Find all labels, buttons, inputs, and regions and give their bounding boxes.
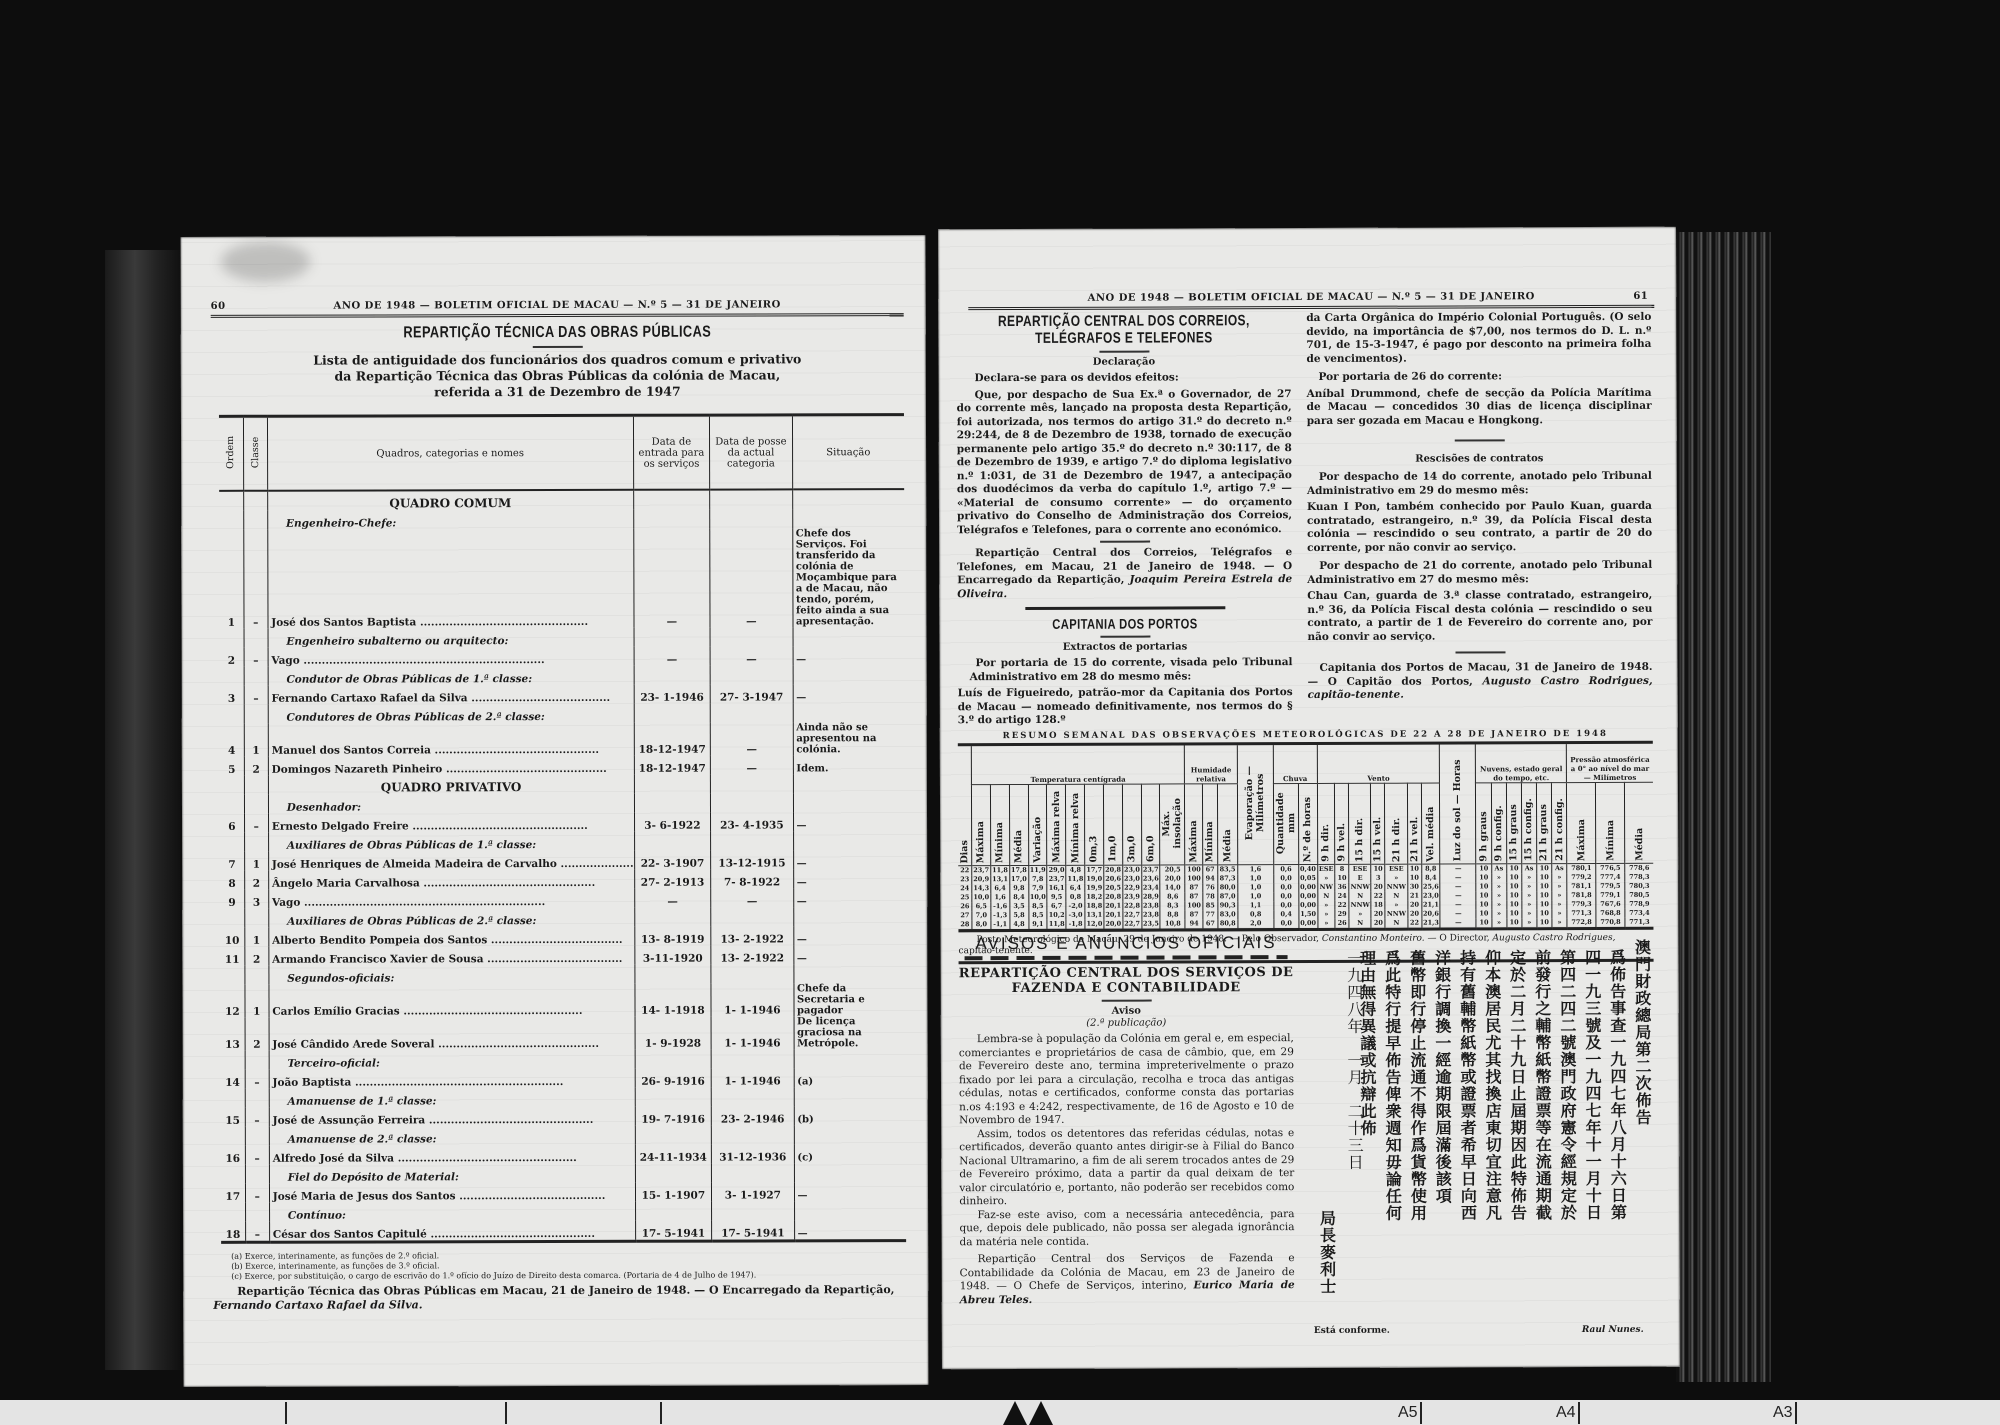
- meteo-cell: 23,0: [1123, 875, 1142, 884]
- cell-name: Domingos Nazareth Pinheiro .............…: [268, 756, 634, 776]
- meteo-cell: NNW: [1385, 910, 1407, 919]
- cell-posse: 27- 3-1947: [710, 684, 792, 703]
- cell-ordem: 11: [220, 947, 244, 966]
- cell-entrada: [635, 1126, 712, 1145]
- cell-situacao: —: [793, 812, 905, 831]
- footnote-c: (c) Exerce, por substituição, o cargo de…: [231, 1270, 906, 1282]
- meteo-cell: 24: [1335, 892, 1349, 901]
- meteo-cell: 781,8: [1567, 891, 1596, 900]
- cell-situacao: Chefe dos Serviços. Foi transferido da c…: [792, 528, 904, 627]
- meteo-cell: —: [1440, 864, 1476, 874]
- meteo-cell: N: [1385, 919, 1407, 930]
- cell-name: Condutor de Obras Públicas de 1.ª classe…: [268, 666, 634, 686]
- cell-ordem: 2: [220, 648, 244, 667]
- meteo-table: Dias Temperatura centígrada Humidade rel…: [958, 744, 1654, 932]
- cell-ordem: 17: [221, 1184, 245, 1203]
- cell-entrada: 27- 2-1913: [634, 870, 711, 889]
- meteo-cell: —: [1440, 891, 1476, 900]
- meteo-cell: 10: [1507, 900, 1522, 909]
- chinese-column: 爲佈告事查一九四七年八月十六日第: [1606, 949, 1629, 1221]
- meteo-cell: 10: [1537, 873, 1552, 882]
- meteo-col-header: 0m,3: [1085, 784, 1104, 865]
- cell-posse: 13-12-1915: [711, 850, 793, 869]
- cell-classe: –: [244, 814, 268, 833]
- meteo-cell: 8,3: [1160, 901, 1185, 910]
- cell-classe: –: [245, 1108, 269, 1127]
- meteo-cell: 20: [1371, 919, 1385, 930]
- meteo-cell: 0,00: [1299, 919, 1318, 930]
- cell-ordem: [220, 705, 244, 724]
- table-row: 132José Cândido Arede Soveral ..........…: [221, 1016, 906, 1051]
- meteo-cell: 16,1: [1047, 884, 1066, 893]
- section-row: QUADRO PRIVATIVO: [220, 774, 905, 795]
- meteo-cell: »: [1491, 900, 1506, 909]
- meteo-cell: E: [1349, 874, 1371, 883]
- cell-posse: [710, 665, 792, 684]
- cell-situacao: [793, 627, 905, 646]
- cell-posse: 31-12-1936: [712, 1144, 794, 1163]
- divider: [1101, 1000, 1151, 1002]
- meteo-cell: 28,9: [1141, 893, 1160, 902]
- meteo-cell: »: [1552, 873, 1567, 882]
- cell-name: Manuel dos Santos Correia ..............…: [268, 723, 634, 757]
- meteo-cell: 10: [1537, 882, 1552, 891]
- cell-entrada: [634, 628, 711, 647]
- cell-ordem: 4: [220, 724, 244, 757]
- cell-situacao: [793, 774, 905, 793]
- chinese-column: 仰本澳居民尤其找換店東切宜注意凡: [1481, 949, 1504, 1221]
- table-row: 121Carlos Emílio Gracias ...............…: [220, 983, 905, 1018]
- meteo-cell: 22,8: [1123, 902, 1142, 911]
- meteo-cell: 10: [1476, 909, 1491, 918]
- alignment-arrow-icon: [1003, 1401, 1027, 1425]
- cell-posse: 7- 8-1922: [711, 869, 793, 888]
- meteo-cell: 0,8: [1238, 910, 1274, 919]
- cell-situacao: —: [793, 926, 905, 945]
- footnotes: (a) Exerce, interinamente, as funções de…: [231, 1250, 906, 1282]
- cell-entrada: 18-12-1947: [634, 723, 711, 756]
- meteo-cell: 3,5: [1010, 902, 1029, 911]
- chinese-column: 澳門財政總局第二次佈告: [1630, 939, 1653, 1126]
- cell-entrada: [634, 965, 711, 984]
- conforme-name: Raul Nunes.: [1582, 1325, 1644, 1335]
- meteo-col-header: Vel. média: [1421, 783, 1440, 864]
- meteo-cell: 83,5: [1218, 865, 1238, 875]
- meteo-cell: 10: [1537, 900, 1552, 909]
- cell-posse: [712, 1201, 794, 1220]
- cell-ordem: 18: [221, 1222, 245, 1243]
- cell-posse: 13- 2-1922: [711, 945, 793, 964]
- strip-tick: [285, 1402, 287, 1424]
- strip-label: A3: [1773, 1404, 1793, 1422]
- meteo-cell: NNW: [1349, 883, 1371, 892]
- seniority-table: Ordem Classe Quadros, categorias e nomes…: [219, 413, 906, 1244]
- meteo-cell: -3,0: [1066, 911, 1085, 920]
- correios-body: Que, por despacho de Sua Ex.ª o Governad…: [957, 388, 1293, 538]
- meteo-cell: -1,6: [991, 902, 1010, 911]
- meteo-cell: —: [1440, 873, 1476, 882]
- meteo-cell: 1,6: [1238, 865, 1274, 875]
- page-number: 60: [211, 301, 226, 312]
- cell-situacao: Ainda não se apresentou na colónia.: [793, 722, 905, 755]
- cell-classe: [244, 629, 268, 648]
- meteo-cell: N: [1349, 892, 1371, 901]
- cell-name: Vago ...................................…: [268, 889, 634, 909]
- meteo-cell: 0,00: [1299, 892, 1318, 901]
- meteo-cell: 10,2: [1047, 911, 1066, 920]
- cell-posse: [710, 489, 792, 509]
- meteo-cell: 20,0: [1160, 874, 1185, 883]
- cell-posse: [711, 1049, 793, 1068]
- meteo-cell: 6,5: [972, 902, 991, 911]
- cell-situacao: —: [793, 869, 905, 888]
- cell-classe: [243, 491, 267, 511]
- meteo-cell: 0,6: [1274, 865, 1299, 875]
- meteo-cell: 18,8: [1085, 902, 1104, 911]
- cell-name: Amanuense de 2.ª classe:: [269, 1126, 635, 1146]
- left-page-title-block: REPARTIÇÃO TÉCNICA DAS OBRAS PÚBLICAS Li…: [211, 323, 904, 401]
- signature-name: Fernando Cartaxo Rafael da Silva.: [213, 1298, 422, 1312]
- cell-entrada: —: [633, 529, 710, 628]
- cell-ordem: 14: [221, 1070, 245, 1089]
- meteo-cell: —: [1440, 882, 1476, 891]
- category-row: Amanuense de 2.ª classe:: [221, 1125, 906, 1146]
- cell-situacao: [793, 831, 905, 850]
- strip-tick: [1420, 1402, 1422, 1424]
- avisos-banner: AVISOS E ANÚNCIOS OFICIAIS: [958, 928, 1293, 954]
- meteo-cell: 23,8: [1141, 911, 1160, 920]
- cell-ordem: 5: [220, 757, 244, 776]
- cell-posse: 1- 1-1946: [711, 983, 793, 1016]
- col-classe: Classe: [243, 416, 267, 491]
- meteo-cell: —: [1440, 918, 1476, 929]
- meteo-cell: 0,0: [1274, 892, 1299, 901]
- meteo-cell: 24: [958, 884, 972, 893]
- strip-label: A5: [1398, 1404, 1418, 1422]
- meteo-cell: As: [1552, 864, 1567, 874]
- meteo-cell: 20,8: [1104, 893, 1123, 902]
- cell-entrada: [634, 666, 711, 685]
- meteo-column-header: MáximaMínimaMédiaVariaçãoMáxima relvaMín…: [958, 782, 1653, 865]
- meteo-cell: 80,0: [1218, 883, 1238, 892]
- meteo-cell: 6,7: [1047, 902, 1066, 911]
- cell-entrada: [634, 908, 711, 927]
- cell-posse: —: [710, 528, 793, 627]
- meteo-cell: 7,0: [972, 911, 991, 920]
- cell-classe: 1: [244, 852, 268, 871]
- divider: [1100, 636, 1150, 638]
- meteo-cell: 21,3: [1422, 919, 1441, 930]
- meteo-col-header: 9 h vel.: [1335, 783, 1349, 864]
- meteo-cell: 87,3: [1218, 874, 1238, 883]
- cell-situacao: (b): [794, 1106, 906, 1125]
- category-row: Terceiro-oficial:: [221, 1049, 906, 1070]
- cell-situacao: (a): [794, 1068, 906, 1087]
- cell-posse: [711, 1087, 793, 1106]
- col-ordem: Ordem: [219, 416, 243, 491]
- table-row: 41Manuel dos Santos Correia ............…: [220, 722, 905, 757]
- meteo-cell: »: [1385, 874, 1407, 883]
- cell-classe: 2: [245, 947, 269, 966]
- meteo-cell: 26: [1335, 919, 1349, 930]
- meteo-cell: 770,8: [1596, 918, 1625, 929]
- cell-ordem: 1: [219, 530, 243, 629]
- meteo-cell: »: [1522, 873, 1537, 882]
- meteo-cell: 779,2: [1567, 873, 1596, 882]
- meteo-cell: 779,5: [1596, 882, 1625, 891]
- cell-posse: 1- 1-1946: [711, 1068, 793, 1087]
- cell-ordem: [220, 833, 244, 852]
- cell-classe: 1: [245, 985, 269, 1018]
- meteo-cell: »: [1491, 918, 1506, 929]
- cell-posse: [711, 964, 793, 983]
- chinese-column: 舊幣即行停止流通不得作爲貨幣使用: [1406, 950, 1429, 1222]
- cell-situacao: —: [793, 646, 905, 665]
- cell-name: Carlos Emílio Gracias ..................…: [269, 984, 635, 1018]
- cell-posse: [711, 831, 793, 850]
- divider: [1454, 439, 1504, 441]
- meteo-cell: 29,0: [1047, 865, 1066, 875]
- cell-classe: [244, 795, 268, 814]
- correios-title: REPARTIÇÃO CENTRAL DOS CORREIOS, TELÉGRA…: [990, 312, 1258, 347]
- table-row: 82Ângelo Maria Carvalhosa ..............…: [220, 869, 905, 890]
- cell-posse: —: [711, 888, 793, 907]
- meteo-col-header: Máxima relva: [1047, 784, 1066, 865]
- meteo-cell: -2,0: [1066, 902, 1085, 911]
- cell-ordem: [220, 776, 244, 795]
- cell-entrada: [635, 1050, 712, 1069]
- chinese-column: 洋銀行調換一經逾期限屆滿後該項: [1431, 949, 1454, 1204]
- table-row: 3–Fernando Cartaxo Rafael da Silva .....…: [220, 684, 905, 705]
- meteo-cell: »: [1552, 882, 1567, 891]
- meteo-cell: 77: [1203, 910, 1218, 919]
- cell-name: Fernando Cartaxo Rafael da Silva .......…: [268, 685, 634, 705]
- meteo-cell: 23: [958, 875, 972, 884]
- cell-name: Terceiro-oficial:: [269, 1050, 635, 1070]
- meteo-cell: 8: [1335, 864, 1349, 874]
- meteo-cell: N: [1317, 892, 1335, 901]
- meteo-cell: 773,4: [1625, 909, 1653, 918]
- meteo-cell: 21: [1407, 892, 1421, 901]
- meteo-cell: 7,8: [1028, 875, 1047, 884]
- meteo-cell: 8,4: [1010, 893, 1029, 902]
- meteo-cell: 13,1: [1085, 911, 1104, 920]
- cell-name: Segundos-oficiais:: [269, 965, 635, 985]
- meteo-cell: 76: [1203, 883, 1218, 892]
- meteo-cell: 10: [1476, 873, 1491, 882]
- meteo-cell: 87: [1185, 892, 1203, 901]
- meteo-cell: 67: [1203, 865, 1218, 875]
- cell-situacao: [794, 1201, 906, 1220]
- meteo-cell: 20,5: [1160, 865, 1185, 875]
- cell-posse: [710, 509, 792, 528]
- roster-subtitle: Lista de antiguidade dos funcionários do…: [211, 351, 904, 401]
- meteo-cell: »: [1522, 891, 1537, 900]
- meteo-col-header: 1m,0: [1103, 784, 1122, 865]
- meteo-body: 2223,711,817,811,929,04,817,720,823,023,…: [958, 863, 1653, 930]
- meteo-cell: 779,1: [1596, 891, 1625, 900]
- category-row: Engenheiro subalterno ou arquitecto:: [220, 627, 905, 648]
- meteo-cell: 780,3: [1625, 882, 1653, 891]
- meteo-cell: 100: [1185, 901, 1203, 910]
- cell-name: Condutores de Obras Públicas de 2.ª clas…: [268, 704, 634, 724]
- cell-classe: 2: [244, 757, 268, 776]
- meteo-cell: 23,6: [1141, 875, 1160, 884]
- cell-classe: –: [245, 1184, 269, 1203]
- cell-entrada: —: [634, 889, 711, 908]
- avisos-section: AVISOS E ANÚNCIOS OFICIAIS REPARTIÇÃO CE…: [958, 928, 1294, 1307]
- meteo-cell: 27: [958, 911, 972, 920]
- meteo-cell: 29: [1335, 910, 1349, 919]
- cell-ordem: [220, 629, 244, 648]
- meteo-cell: »: [1491, 873, 1506, 882]
- meteo-cell: 8,5: [1028, 902, 1047, 911]
- meteo-cell: 10: [1507, 918, 1522, 929]
- table-row: 14–João Baptista .......................…: [221, 1068, 906, 1089]
- cell-situacao: [794, 1125, 906, 1144]
- strip-tick: [505, 1402, 507, 1424]
- meteo-col-header: 21 h vel.: [1407, 783, 1421, 864]
- cell-posse: 1- 1-1946: [711, 1016, 793, 1049]
- cell-entrada: —: [634, 647, 711, 666]
- cell-entrada: [635, 1202, 712, 1221]
- cell-entrada: 22- 3-1907: [634, 851, 711, 870]
- cell-entrada: 14- 1-1918: [634, 984, 711, 1017]
- meteo-cell: »: [1552, 918, 1567, 929]
- meteo-col-header: 21 h graus: [1536, 783, 1551, 864]
- cell-classe: [245, 1051, 269, 1070]
- cell-ordem: [220, 667, 244, 686]
- category-row: Auxiliares de Obras Públicas de 1.ª clas…: [220, 831, 905, 852]
- cell-situacao: [794, 1049, 906, 1068]
- divider: [965, 955, 1288, 960]
- cell-posse: [711, 907, 793, 926]
- cell-situacao: [794, 1163, 906, 1182]
- cell-name: Alfredo José da Silva ..................…: [269, 1145, 635, 1165]
- left-page: 60 ANO DE 1948 — BOLETIM OFICIAL DE MACA…: [180, 235, 928, 1387]
- book-edge-left: [105, 250, 180, 1370]
- cell-classe: [244, 909, 268, 928]
- table-row: 71José Henriques de Almeida Madeira de C…: [220, 850, 905, 871]
- cell-situacao: —: [794, 1182, 906, 1201]
- strip-tick: [660, 1402, 662, 1424]
- cell-entrada: 13- 8-1919: [634, 927, 711, 946]
- meteo-cell: 10: [1506, 873, 1521, 882]
- cell-ordem: [221, 1165, 245, 1184]
- meteo-cell: 20,8: [1104, 865, 1123, 875]
- chinese-date: 一九四八年 一月 二十三日: [1343, 950, 1366, 1171]
- meteo-cell: 10: [1506, 864, 1521, 874]
- meteo-cell: »: [1552, 891, 1567, 900]
- cell-ordem: 9: [220, 890, 244, 909]
- meteo-cell: ESE: [1349, 864, 1371, 874]
- cell-name: José dos Santos Baptista ...............…: [268, 529, 634, 629]
- meteo-cell: 0,05: [1299, 874, 1318, 883]
- meteo-col-header: 21 h dir.: [1385, 783, 1407, 864]
- meteo-cell: 5,8: [1010, 911, 1029, 920]
- film-strip: A5 A4 A3: [0, 1400, 2000, 1425]
- cell-ordem: [219, 511, 243, 530]
- meteo-cell: 777,4: [1596, 873, 1625, 882]
- chinese-column: 四一九三號及一九四七年十一月十日: [1581, 949, 1604, 1221]
- meteo-cell: 36: [1335, 883, 1349, 892]
- meteo-cell: »: [1491, 882, 1506, 891]
- cell-situacao: —: [793, 684, 905, 703]
- divider: [1025, 606, 1225, 610]
- category-row: Amanuense de 1.ª classe:: [221, 1087, 906, 1108]
- cell-classe: [245, 1089, 269, 1108]
- meteo-cell: 22,7: [1123, 911, 1142, 920]
- meteo-cell: 23,7: [972, 866, 991, 876]
- meteo-cell: 17,0: [1009, 875, 1028, 884]
- cell-situacao: —: [794, 1220, 906, 1241]
- cell-ordem: 15: [221, 1108, 245, 1127]
- cell-posse: [711, 774, 793, 793]
- meteo-cell: 7,9: [1028, 884, 1047, 893]
- cell-posse: —: [710, 646, 792, 665]
- meteo-cell: 1,0: [1238, 892, 1274, 901]
- cell-posse: 23- 2-1946: [712, 1106, 794, 1125]
- meteo-cell: 20,9: [972, 875, 991, 884]
- chinese-column: 爲此特行提早佈告俾衆週知毋論任何: [1381, 950, 1404, 1222]
- running-head-text: ANO DE 1948 — BOLETIM OFICIAL DE MACAU —…: [1088, 291, 1535, 304]
- category-row: Engenheiro-Chefe:: [219, 509, 904, 530]
- cell-situacao: [793, 964, 905, 983]
- meteo-col-header: Máxima: [1185, 784, 1203, 865]
- meteo-cell: 20: [1407, 901, 1421, 910]
- meteo-cell: 87,0: [1218, 892, 1238, 901]
- cell-situacao: [792, 509, 904, 528]
- meteo-cell: 30: [1407, 883, 1421, 892]
- meteo-cell: NNW: [1385, 883, 1407, 892]
- meteo-cell: 6,4: [991, 884, 1010, 893]
- meteo-cell: 10: [1476, 900, 1491, 909]
- cell-ordem: [221, 1127, 245, 1146]
- meteo-col-header: 3m,0: [1122, 784, 1141, 865]
- cell-ordem: [220, 966, 244, 985]
- meteo-cell: 10: [1506, 882, 1521, 891]
- meteo-cell: 10,0: [972, 893, 991, 902]
- cell-posse: [711, 793, 793, 812]
- col-posse: Data de posse da actual categoria: [710, 415, 792, 490]
- cell-name: Amanuense de 1.ª classe:: [269, 1088, 635, 1108]
- meteo-cell: 11,8: [1066, 875, 1085, 884]
- cell-name: José Henriques de Almeida Madeira de Car…: [268, 851, 634, 871]
- meteo-cell: 10: [1537, 891, 1552, 900]
- table-row: 18–César dos Santos Capitulé ...........…: [221, 1220, 906, 1242]
- meteo-cell: 1,1: [1238, 901, 1274, 910]
- meteo-cell: »: [1522, 900, 1537, 909]
- table-body: QUADRO COMUMEngenheiro-Chefe:1–José dos …: [219, 489, 906, 1242]
- running-head-right: ANO DE 1948 — BOLETIM OFICIAL DE MACAU —…: [968, 291, 1654, 310]
- cell-name: QUADRO PRIVATIVO: [268, 775, 634, 795]
- meteo-cell: »: [1349, 910, 1371, 919]
- meteo-cell: 8,6: [1160, 892, 1185, 901]
- meteo-cell: 11,9: [1028, 865, 1047, 875]
- meteo-cell: 0,40: [1299, 864, 1318, 874]
- strip-label: A4: [1556, 1404, 1576, 1422]
- cell-posse: 17- 5-1941: [712, 1220, 794, 1241]
- meteo-col-header: Média: [1009, 784, 1028, 865]
- cell-posse: 3- 1-1927: [712, 1182, 794, 1201]
- meteo-cell: 0,00: [1299, 883, 1318, 892]
- cell-ordem: 10: [220, 928, 244, 947]
- meteo-cell: 10: [1371, 864, 1385, 874]
- cell-entrada: 18-12-1947: [634, 756, 711, 775]
- meteo-cell: 22: [1335, 901, 1349, 910]
- cell-entrada: [634, 832, 711, 851]
- meteo-cell: ESE: [1385, 864, 1407, 874]
